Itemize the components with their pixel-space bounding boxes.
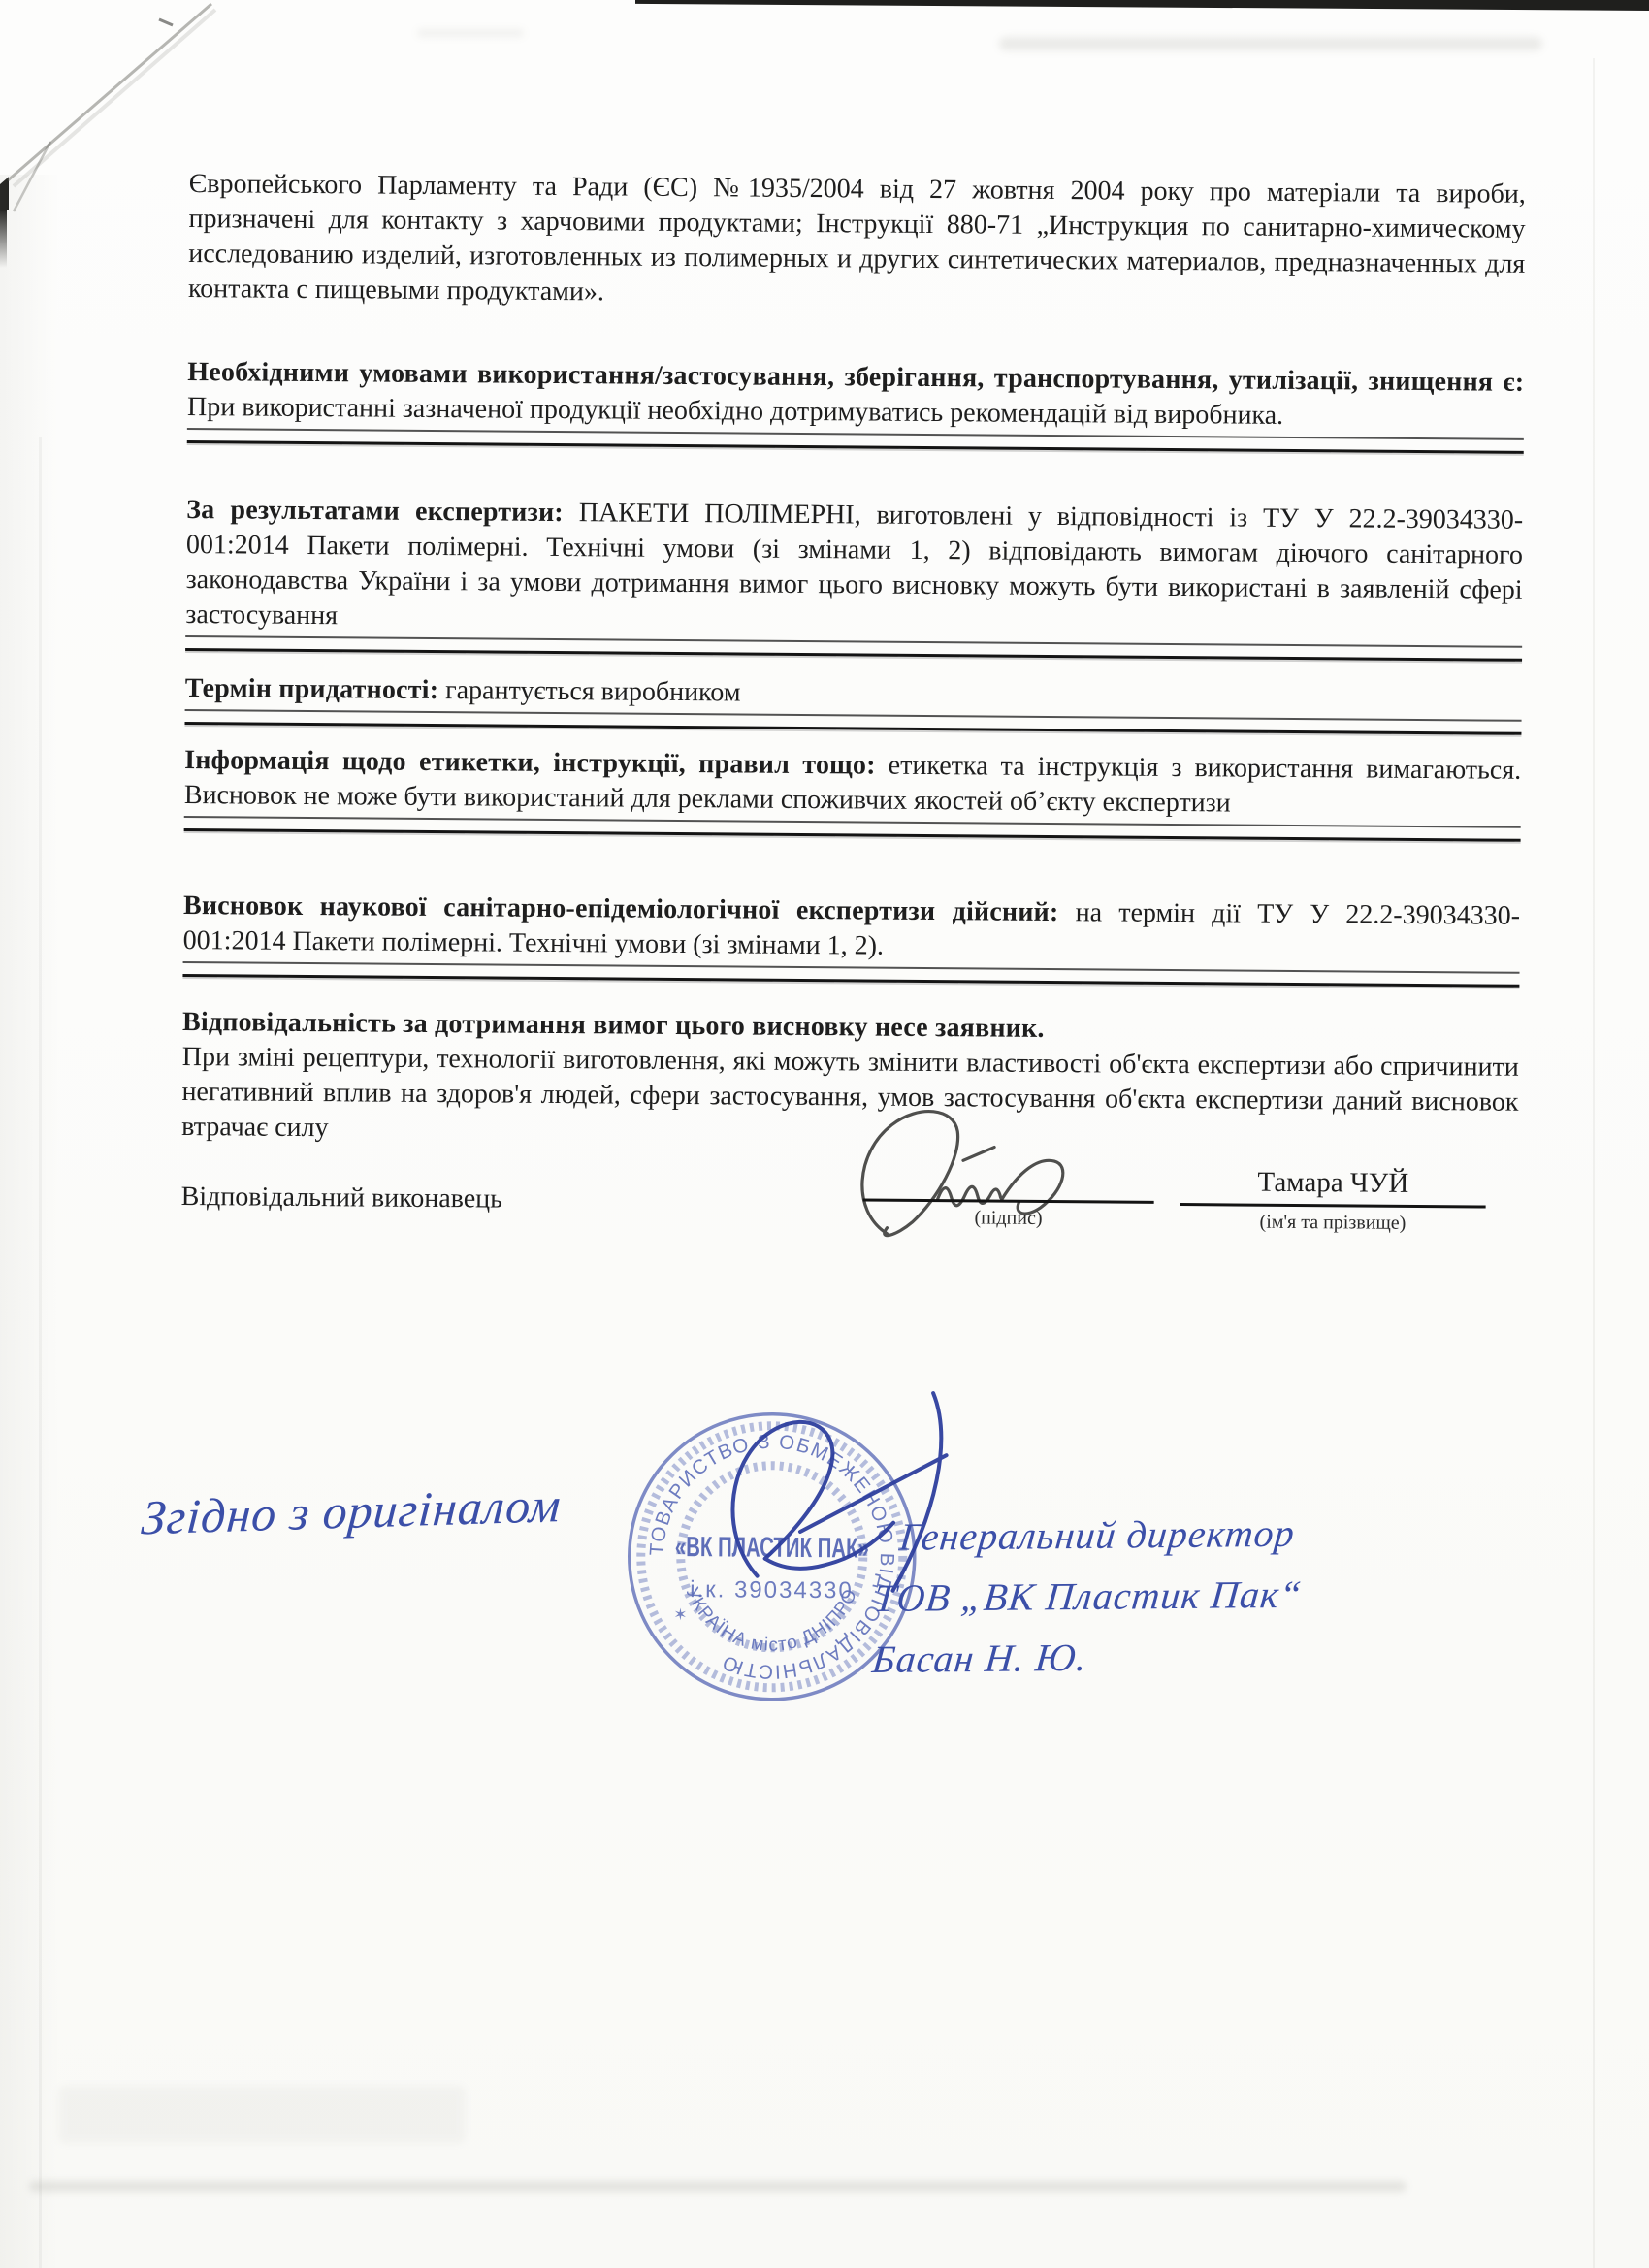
section-label: Термін придатності: [185,673,439,705]
section-paragraph: Необхідними умовами використання/застосу… [187,355,1525,436]
intro-text: Європейського Парламенту та Ради (ЄС) №1… [188,169,1526,307]
section-paragraph: За результатами експертизи: ПАКЕТИ ПОЛІМ… [185,493,1523,643]
signature-stroke [963,1147,994,1160]
section-paragraph: Висновок наукової санітарно-епідеміологі… [183,889,1521,969]
section-label: Висновок наукової санітарно-епідеміологі… [183,891,1059,927]
flourish-base [765,1522,893,1570]
section-expertise-results: За результатами експертизи: ПАКЕТИ ПОЛІМ… [185,493,1523,662]
section-rule [185,648,1522,662]
scan-edge-top [635,0,1649,11]
left-margin-shade [0,175,58,2268]
intro-paragraph: Європейського Парламенту та Ради (ЄС) №1… [188,167,1526,317]
section-label: За результатами експертизи: [186,495,564,528]
paper-edge-shadow-right [1593,58,1595,2268]
section-rule [182,974,1519,988]
section-label: Інформація щодо етикетки, інструкції, пр… [184,745,876,781]
section-validity: Висновок наукової санітарно-епідеміологі… [182,889,1520,988]
executor-signature-ink [848,1105,1169,1253]
handwritten-director-title: Генеральний директор [896,1501,1484,1568]
handwritten-company: ТОВ „ВК Пластик Пак“ [871,1562,1478,1629]
scan-smudge [417,29,524,37]
section-text: При використанні зазначеної продукції не… [187,392,1283,431]
scanned-document-page: { "document": { "intro_paragraph": "Євро… [0,0,1649,2268]
executor-label: Відповідальний виконавець [181,1182,503,1215]
handwritten-director-block: Генеральний директор ТОВ „ВК Пластик Пак… [865,1501,1484,1690]
signature-caption: (підпис) [862,1206,1153,1230]
scan-smudge [29,2181,1406,2192]
flourish-loop [732,1421,833,1576]
name-line [1180,1203,1486,1208]
section-text: гарантується виробником [445,675,741,707]
section-shelf-life: Термін придатності: гарантується виробни… [184,671,1521,735]
section-rule [184,722,1521,735]
section-rule [184,828,1521,842]
section-rule [187,440,1524,454]
executor-name: Тамара ЧУЙ [1180,1166,1486,1200]
section-label-info: Інформація щодо етикетки, інструкції, пр… [184,743,1522,842]
name-caption: (ім'я та прізвище) [1180,1211,1485,1235]
stamp-separator-star: ✶ [673,1605,687,1624]
handwritten-director-name: Басан Н. Ю. [869,1623,1472,1690]
section-label: Необхідними умовами використання/застосу… [187,357,1524,398]
scan-smudge [999,37,1542,50]
section-usage-conditions: Необхідними умовами використання/застосу… [187,355,1525,454]
fold-triangle [0,0,213,184]
signature-squiggle [938,1186,1001,1206]
signature-hook [1002,1160,1063,1214]
document-content: Європейського Парламенту та Ради (ЄС) №1… [174,167,1526,2118]
section-paragraph: Інформація щодо етикетки, інструкції, пр… [184,743,1522,824]
